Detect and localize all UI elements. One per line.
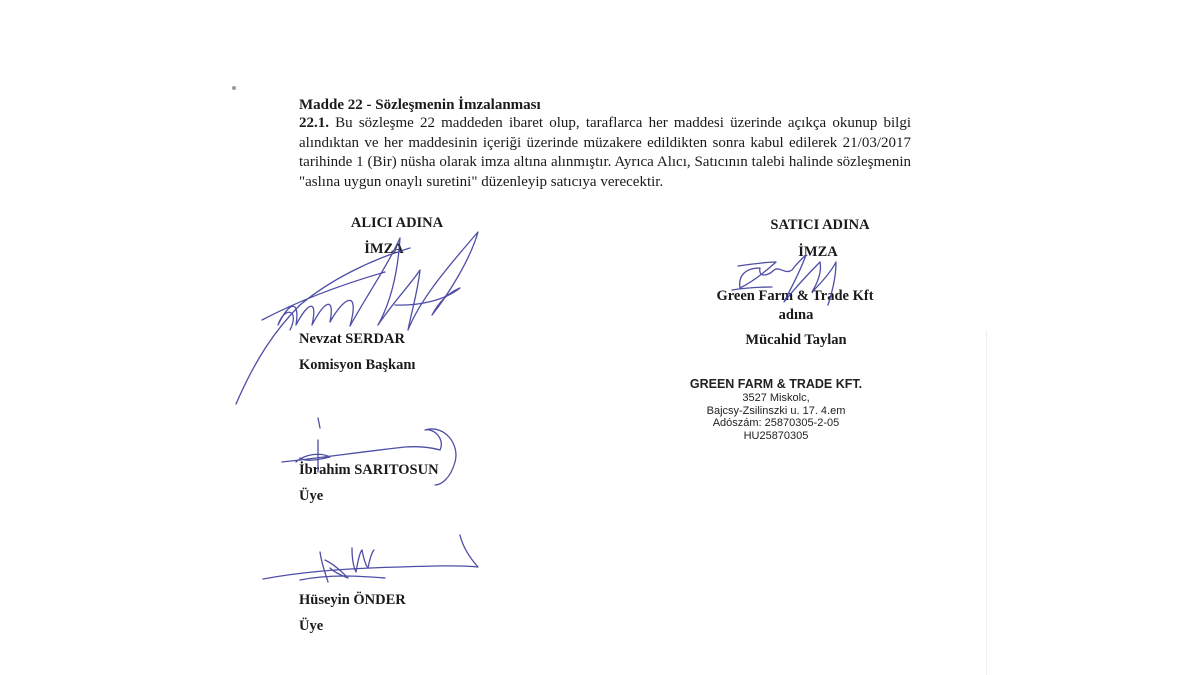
clause-paragraph: 22.1. Bu sözleşme 22 maddeden ibaret olu… [299, 114, 911, 192]
signature-huseyin-onder [263, 535, 478, 582]
stamp-line: HU25870305 [690, 430, 862, 443]
buyer-sign-label: İMZA [364, 240, 403, 258]
scan-edge-line [986, 330, 987, 675]
buyer-title: ALICI ADINA [351, 214, 443, 232]
company-stamp: GREEN FARM & TRADE KFT. 3527 Miskolc, Ba… [690, 377, 862, 442]
seller-title: SATICI ADINA [770, 216, 869, 234]
signatures-layer [0, 0, 1200, 675]
signature-nevzat-serdar [236, 232, 478, 404]
seller-on-behalf: adına [779, 306, 814, 324]
article-heading: Madde 22 - Sözleşmenin İmzalanması [299, 96, 541, 114]
signatory-2-name: İbrahim SARITOSUN [299, 461, 439, 479]
seller-name: Mücahid Taylan [745, 331, 846, 349]
stamp-line: Bajcsy-Zsilinszki u. 17. 4.em [690, 405, 862, 418]
signatory-3-role: Üye [299, 617, 323, 635]
signatory-1-role: Komisyon Başkanı [299, 356, 415, 374]
stamp-company: GREEN FARM & TRADE KFT. [690, 377, 862, 392]
signatory-3-name: Hüseyin ÖNDER [299, 591, 406, 609]
signatory-1-name: Nevzat SERDAR [299, 330, 405, 348]
clause-text: Bu sözleşme 22 maddeden ibaret olup, tar… [299, 115, 911, 190]
stamp-line: 3527 Miskolc, [690, 392, 862, 405]
stamp-line: Adószám: 25870305-2-05 [690, 417, 862, 430]
signatory-2-role: Üye [299, 487, 323, 505]
contract-page: Madde 22 - Sözleşmenin İmzalanması 22.1.… [0, 0, 1200, 675]
scan-artifact-dot [232, 86, 236, 90]
seller-sign-label: İMZA [798, 243, 837, 261]
clause-number: 22.1. [299, 115, 329, 131]
seller-company-line: Green Farm & Trade Kft [716, 287, 873, 305]
